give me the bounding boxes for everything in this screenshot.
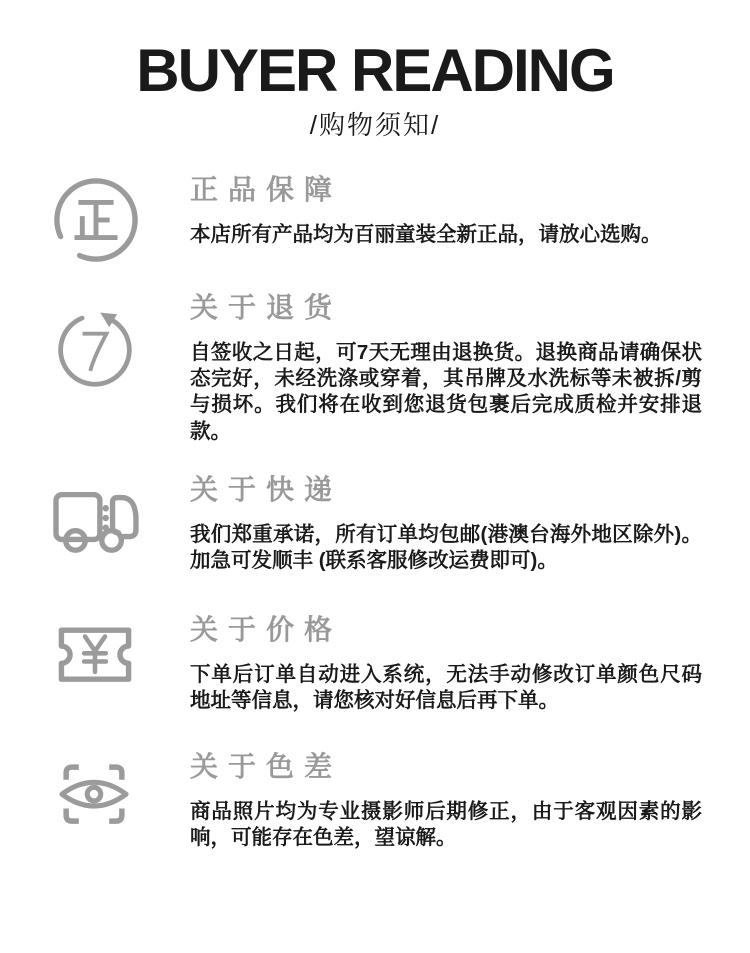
section-content: 关于快递 我们郑重承诺，所有订单均包邮(港澳台海外地区除外)。加急可发顺丰 (联… xyxy=(190,473,702,574)
section-content: 关于色差 商品照片均为专业摄影师后期修正，由于客观因素的影响，可能存在色差，望谅… xyxy=(190,750,702,851)
delivery-truck-icon xyxy=(50,480,140,558)
section-content: 正品保障 本店所有产品均为百丽童装全新正品，请放心选购。 xyxy=(190,173,702,248)
section-body: 本店所有产品均为百丽童装全新正品，请放心选购。 xyxy=(190,222,702,248)
section-body: 自签收之日起，可7天无理由退换货。退换商品请确保状态完好，未经洗涤或穿着，其吊牌… xyxy=(190,340,702,446)
page-header: BUYER READING /购物须知/ xyxy=(0,41,750,140)
genuine-seal-icon xyxy=(53,177,139,263)
section-content: 关于退货 自签收之日起，可7天无理由退换货。退换商品请确保状态完好，未经洗涤或穿… xyxy=(190,291,702,445)
section-body: 我们郑重承诺，所有订单均包邮(港澳台海外地区除外)。加急可发顺丰 (联系客服修改… xyxy=(190,522,702,575)
section-title: 正品保障 xyxy=(190,173,702,207)
page-title: BUYER READING xyxy=(0,41,750,101)
section-title: 关于快递 xyxy=(190,473,702,507)
page-subtitle: /购物须知/ xyxy=(0,111,750,140)
section-title: 关于色差 xyxy=(190,750,702,784)
color-difference-eye-icon xyxy=(56,757,132,833)
section-content: 关于价格 下单后订单自动进入系统，无法手动修改订单颜色尺码地址等信息，请您核对好… xyxy=(190,613,702,714)
section-title: 关于价格 xyxy=(190,613,702,647)
section-body: 商品照片均为专业摄影师后期修正，由于客观因素的影响，可能存在色差，望谅解。 xyxy=(190,799,702,852)
buyer-reading-page: BUYER READING /购物须知/ 正品保障 本店所有产品均为百丽童装全新… xyxy=(0,0,750,953)
section-title: 关于退货 xyxy=(190,291,702,325)
seven-day-return-icon xyxy=(53,306,137,390)
price-ticket-icon xyxy=(53,622,137,691)
section-body: 下单后订单自动进入系统，无法手动修改订单颜色尺码地址等信息，请您核对好信息后再下… xyxy=(190,662,702,715)
